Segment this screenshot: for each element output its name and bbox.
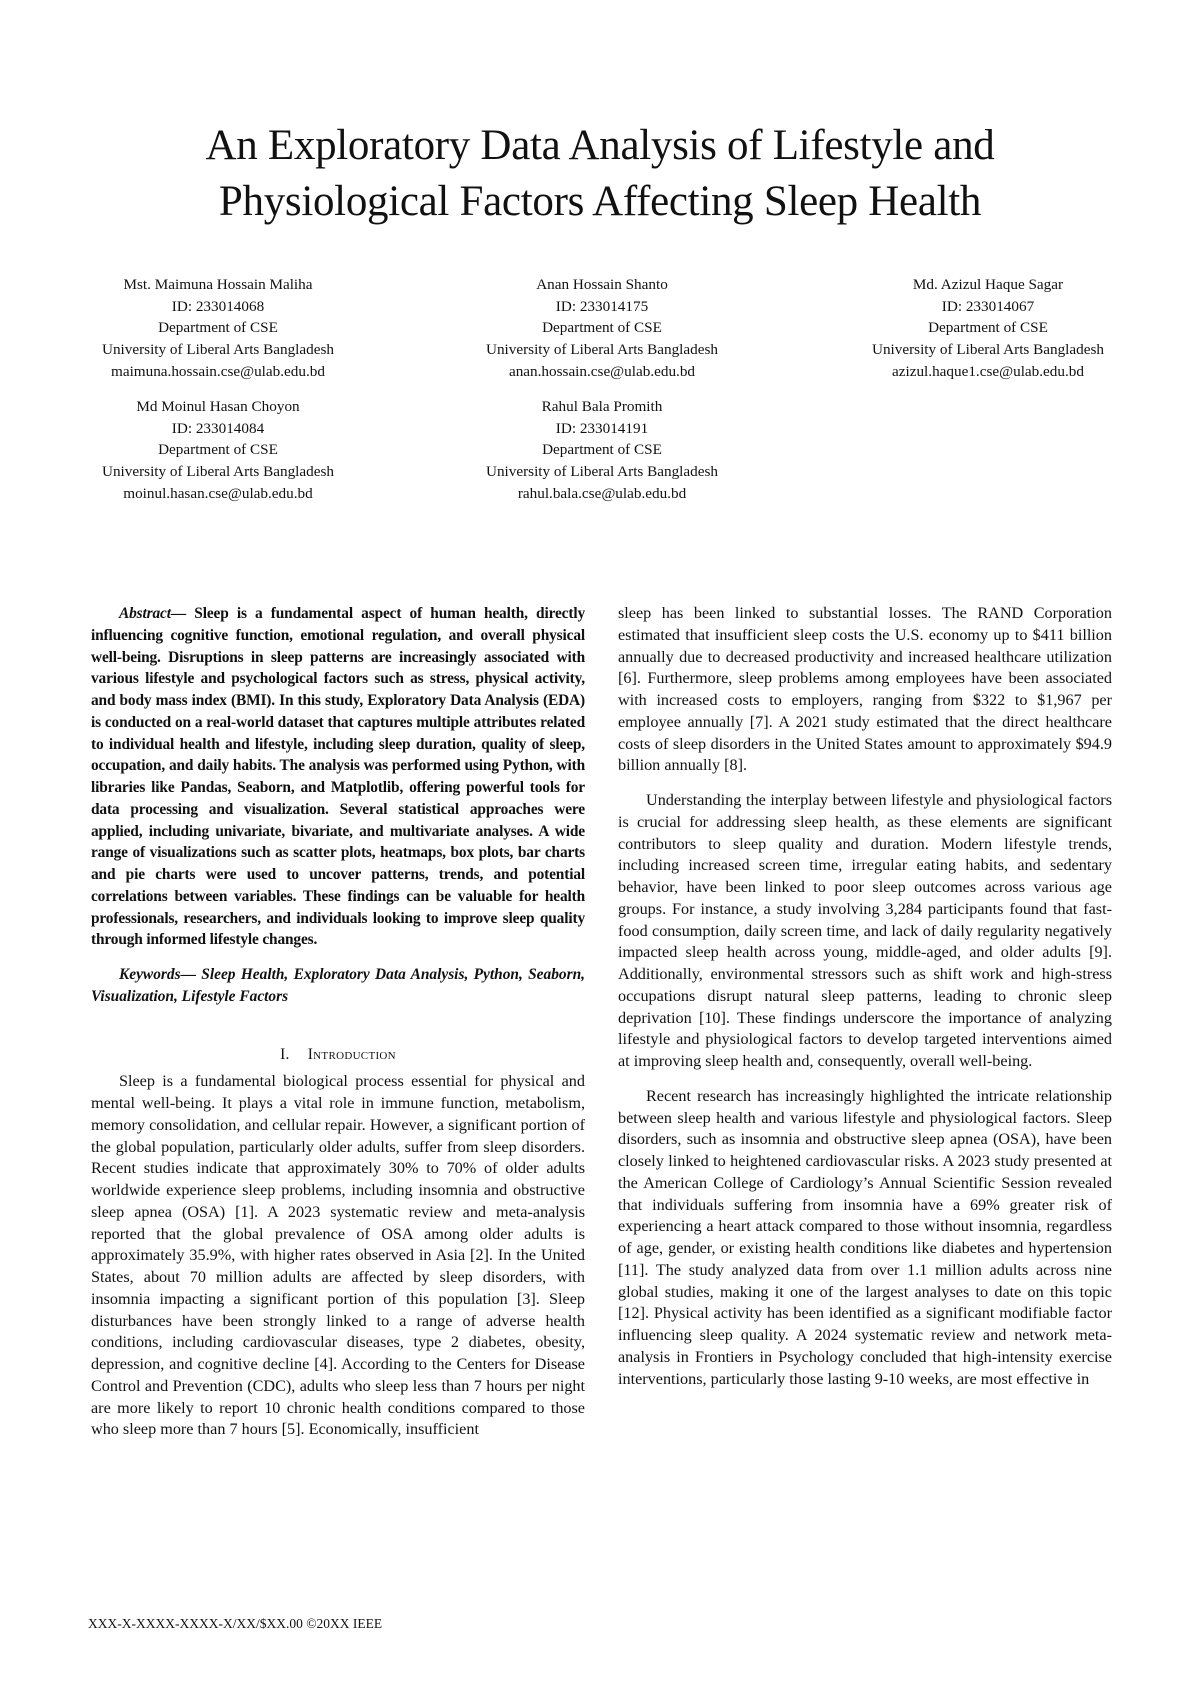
author-university: University of Liberal Arts Bangladesh [432, 339, 772, 361]
copyright-footer: XXX-X-XXXX-XXXX-X/XX/$XX.00 ©20XX IEEE [88, 1616, 382, 1632]
author-id: ID: 233014175 [432, 296, 772, 318]
keywords: Keywords— Sleep Health, Exploratory Data… [91, 964, 585, 1008]
intro-paragraph-1: Sleep is a fundamental biological proces… [91, 1071, 585, 1441]
author-name: Rahul Bala Promith [432, 396, 772, 418]
section-number: I. [280, 1046, 290, 1063]
abstract: Abstract— Sleep is a fundamental aspect … [91, 603, 585, 951]
author-department: Department of CSE [432, 317, 772, 339]
intro-paragraph-1-continued: sleep has been linked to substantial los… [618, 603, 1112, 777]
abstract-label: Abstract— [119, 605, 186, 622]
author-department: Department of CSE [818, 317, 1158, 339]
author-id: ID: 233014068 [48, 296, 388, 318]
author-email[interactable]: azizul.haque1.cse@ulab.edu.bd [818, 361, 1158, 383]
author-email[interactable]: moinul.hasan.cse@ulab.edu.bd [48, 483, 388, 505]
left-column: Abstract— Sleep is a fundamental aspect … [91, 603, 585, 1441]
author-id: ID: 233014084 [48, 418, 388, 440]
intro-paragraph-3: Recent research has increasingly highlig… [618, 1086, 1112, 1391]
author-university: University of Liberal Arts Bangladesh [818, 339, 1158, 361]
author-id: ID: 233014067 [818, 296, 1158, 318]
author-university: University of Liberal Arts Bangladesh [48, 339, 388, 361]
author-block-1: Mst. Maimuna Hossain Maliha ID: 23301406… [48, 274, 388, 383]
intro-paragraph-2: Understanding the interplay between life… [618, 790, 1112, 1073]
author-block-5: Rahul Bala Promith ID: 233014191 Departm… [432, 396, 772, 505]
paper-title-line-1: An Exploratory Data Analysis of Lifestyl… [80, 118, 1120, 174]
author-block-3: Md. Azizul Haque Sagar ID: 233014067 Dep… [818, 274, 1158, 383]
section-heading-introduction: I.Introduction [91, 1044, 585, 1066]
section-title: Introduction [308, 1046, 396, 1063]
author-email[interactable]: rahul.bala.cse@ulab.edu.bd [432, 483, 772, 505]
author-email[interactable]: maimuna.hossain.cse@ulab.edu.bd [48, 361, 388, 383]
keywords-label: Keywords— [119, 966, 196, 983]
paper-title: An Exploratory Data Analysis of Lifestyl… [80, 118, 1120, 230]
author-block-2: Anan Hossain Shanto ID: 233014175 Depart… [432, 274, 772, 383]
author-block-4: Md Moinul Hasan Choyon ID: 233014084 Dep… [48, 396, 388, 505]
author-name: Md. Azizul Haque Sagar [818, 274, 1158, 296]
author-name: Md Moinul Hasan Choyon [48, 396, 388, 418]
right-column: sleep has been linked to substantial los… [618, 603, 1112, 1390]
author-name: Anan Hossain Shanto [432, 274, 772, 296]
abstract-text: Sleep is a fundamental aspect of human h… [91, 605, 585, 948]
author-email[interactable]: anan.hossain.cse@ulab.edu.bd [432, 361, 772, 383]
paper-title-line-2: Physiological Factors Affecting Sleep He… [80, 174, 1120, 230]
author-name: Mst. Maimuna Hossain Maliha [48, 274, 388, 296]
author-university: University of Liberal Arts Bangladesh [432, 461, 772, 483]
author-department: Department of CSE [48, 317, 388, 339]
author-department: Department of CSE [432, 439, 772, 461]
author-id: ID: 233014191 [432, 418, 772, 440]
author-department: Department of CSE [48, 439, 388, 461]
author-university: University of Liberal Arts Bangladesh [48, 461, 388, 483]
